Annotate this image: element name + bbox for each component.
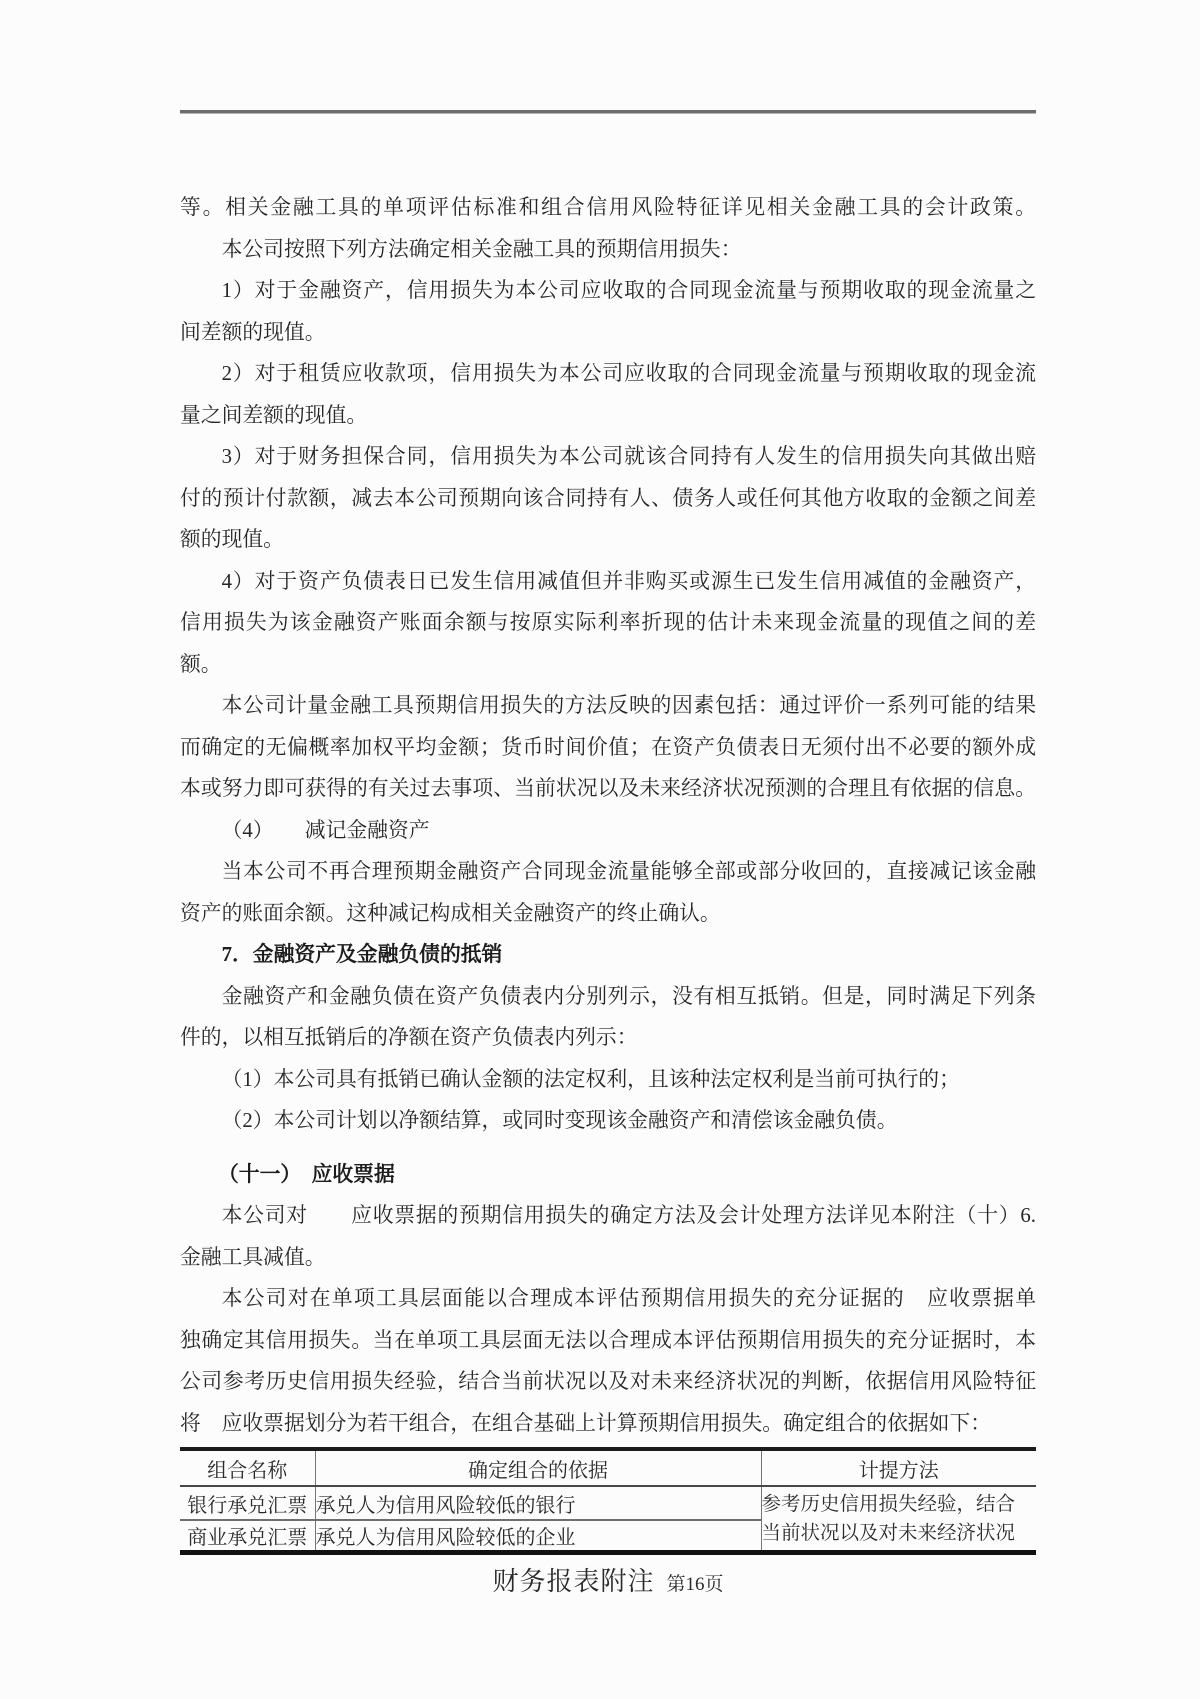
cell-basis: 承兑人为信用风险较低的企业 bbox=[315, 1520, 761, 1553]
header-rule bbox=[180, 110, 1036, 114]
table-row: 银行承兑汇票 承兑人为信用风险较低的银行 参考历史信用损失经验，结合 当前状况以… bbox=[180, 1486, 1036, 1520]
cell-group-name: 银行承兑汇票 bbox=[180, 1486, 315, 1520]
body-line: 本公司对 应收票据的预期信用损失的确定方法及会计处理方法详见本附注（十）6. bbox=[180, 1195, 1036, 1237]
method-text-line: 当前状况以及对未来经济状况 bbox=[762, 1519, 1037, 1548]
body-line: 1）对于金融资产，信用损失为本公司应收取的合同现金流量与预期收取的现金流量之 bbox=[180, 270, 1036, 312]
page-footer: 财务报表附注第16页 bbox=[180, 1561, 1036, 1598]
body-line: 件的，以相互抵销后的净额在资产负债表内列示： bbox=[180, 1017, 1036, 1059]
body-line: 量之间差额的现值。 bbox=[180, 395, 1036, 437]
body-line: 额。 bbox=[180, 644, 1036, 686]
body-line: 本公司按照下列方法确定相关金融工具的预期信用损失： bbox=[180, 229, 1036, 271]
body-line: 本或努力即可获得的有关过去事项、当前状况以及未来经济状况预测的合理且有依据的信息… bbox=[180, 768, 1036, 810]
header-cell-basis: 确定组合的依据 bbox=[315, 1449, 761, 1486]
item-4-heading: （4） 减记金融资产 bbox=[180, 810, 1036, 852]
header-cell-group-name: 组合名称 bbox=[180, 1449, 315, 1486]
body-line: 付的预计付款额，减去本公司预期向该合同持有人、债务人或任何其他方收取的金额之间差 bbox=[180, 478, 1036, 520]
body-line: 等。相关金融工具的单项评估标准和组合信用风险特征详见相关金融工具的会计政策。 bbox=[180, 187, 1036, 229]
document-page: 等。相关金融工具的单项评估标准和组合信用风险特征详见相关金融工具的会计政策。 本… bbox=[0, 0, 1200, 1699]
footer-doc-title: 财务报表附注 bbox=[492, 1567, 654, 1596]
body-line: 公司参考历史信用损失经验，结合当前状况以及对未来经济状况的判断，依据信用风险特征 bbox=[180, 1361, 1036, 1403]
body-line: （1）本公司具有抵销已确认金额的法定权利，且该种法定权利是当前可执行的； bbox=[180, 1059, 1036, 1101]
header-cell-method: 计提方法 bbox=[761, 1449, 1036, 1486]
cell-method-merged: 参考历史信用损失经验，结合 当前状况以及对未来经济状况 bbox=[761, 1486, 1036, 1553]
footer-page-number: 第16页 bbox=[667, 1574, 724, 1595]
body-line: 本公司对在单项工具层面能以合理成本评估预期信用损失的充分证据的 应收票据单 bbox=[180, 1278, 1036, 1320]
section-heading-7: 7．金融资产及金融负债的抵销 bbox=[180, 934, 1036, 976]
body-line: 将 应收票据划分为若干组合，在组合基础上计算预期信用损失。确定组合的依据如下： bbox=[180, 1403, 1036, 1445]
body-line: 金融工具减值。 bbox=[180, 1237, 1036, 1279]
body-line: 独确定其信用损失。当在单项工具层面无法以合理成本评估预期信用损失的充分证据时，本 bbox=[180, 1320, 1036, 1362]
table-header-row: 组合名称 确定组合的依据 计提方法 bbox=[180, 1449, 1036, 1486]
section-heading-11: （十一） 应收票据 bbox=[180, 1154, 1036, 1196]
body-line: 资产的账面余额。这种减记构成相关金融资产的终止确认。 bbox=[180, 893, 1036, 935]
body-line: 额的现值。 bbox=[180, 519, 1036, 561]
cell-basis: 承兑人为信用风险较低的银行 bbox=[315, 1486, 761, 1520]
body-line: 信用损失为该金融资产账面余额与按原实际利率折现的估计未来现金流量的现值之间的差 bbox=[180, 602, 1036, 644]
cell-group-name: 商业承兑汇票 bbox=[180, 1520, 315, 1553]
portfolio-table: 组合名称 确定组合的依据 计提方法 银行承兑汇票 承兑人为信用风险较低的银行 参… bbox=[180, 1447, 1036, 1555]
body-line: 金融资产和金融负债在资产负债表内分别列示，没有相互抵销。但是，同时满足下列条 bbox=[180, 976, 1036, 1018]
body-line: 当本公司不再合理预期金融资产合同现金流量能够全部或部分收回的，直接减记该金融 bbox=[180, 851, 1036, 893]
body-line: 4）对于资产负债表日已发生信用减值但并非购买或源生已发生信用减值的金融资产， bbox=[180, 561, 1036, 603]
body-line: 间差额的现值。 bbox=[180, 312, 1036, 354]
body-line: （2）本公司计划以净额结算，或同时变现该金融资产和清偿该金融负债。 bbox=[180, 1100, 1036, 1142]
body-line: 本公司计量金融工具预期信用损失的方法反映的因素包括：通过评价一系列可能的结果 bbox=[180, 685, 1036, 727]
body-line: 而确定的无偏概率加权平均金额；货币时间价值；在资产负债表日无须付出不必要的额外成 bbox=[180, 727, 1036, 769]
document-body: 等。相关金融工具的单项评估标准和组合信用风险特征详见相关金融工具的会计政策。 本… bbox=[180, 187, 1036, 1598]
body-line: 2）对于租赁应收款项，信用损失为本公司应收取的合同现金流量与预期收取的现金流 bbox=[180, 353, 1036, 395]
method-text-line: 参考历史信用损失经验，结合 bbox=[762, 1490, 1037, 1519]
body-line: 3）对于财务担保合同，信用损失为本公司就该合同持有人发生的信用损失向其做出赔 bbox=[180, 436, 1036, 478]
